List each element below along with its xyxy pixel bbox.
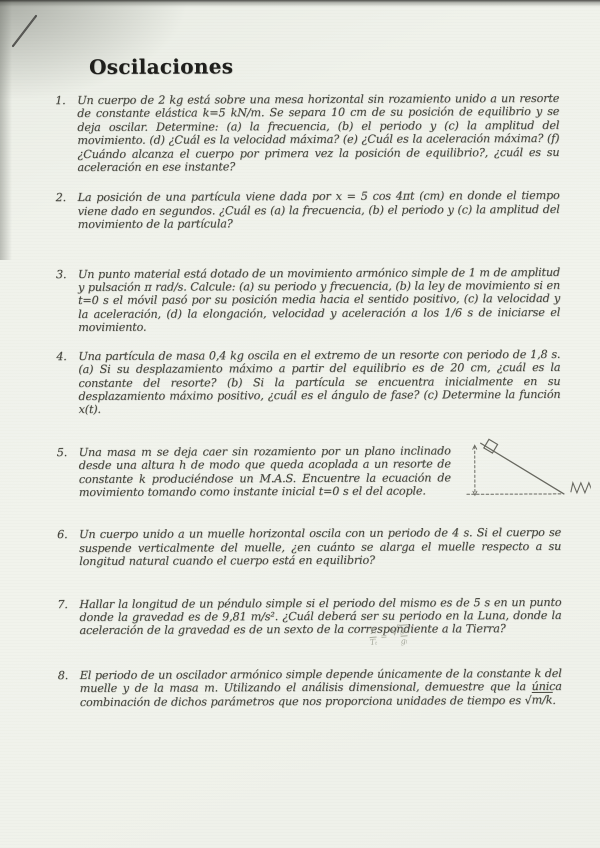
problem-4-text: Una partícula de masa 0,4 kg oscila en e… (78, 348, 560, 417)
radical-sign: √ (525, 694, 532, 707)
hand-rhs-denominator: gₗ (400, 637, 407, 645)
problem-1: 1. Un cuerpo de 2 kg está sobre una mesa… (55, 92, 559, 175)
hand-equals: = (380, 632, 387, 640)
problem-4: 4. Una partícula de masa 0,4 kg oscila e… (56, 348, 560, 417)
problem-2-number: 2. (56, 191, 78, 205)
problem-1-text: Un cuerpo de 2 kg está sobre una mesa ho… (77, 92, 559, 175)
problem-8-number: 8. (58, 669, 80, 683)
page-title: Oscilaciones (89, 53, 559, 79)
hand-rhs-numerator: gₜ (400, 626, 407, 634)
problem-8-text: El periodo de un oscilador armónico simp… (80, 667, 562, 709)
inclined-plane-spring-diagram (459, 435, 591, 504)
problem-5: 5. Una masa m se deja caer sin rozamient… (57, 444, 561, 500)
problem-3: 3. Un punto material está dotado de un m… (56, 266, 560, 335)
problem-7: 7. Hallar la longitud de un péndulo simp… (57, 595, 561, 637)
problem-7-text: Hallar la longitud de un péndulo simple … (79, 595, 561, 637)
handwritten-pencil-formula: Tₗ Tₜ = √ gₜ gₗ (369, 624, 409, 648)
problem-2: 2. La posición de una partícula viene da… (56, 189, 560, 231)
problem-5-text: Una masa m se deja caer sin rozamiento p… (79, 444, 451, 499)
hand-lhs-numerator: Tₗ (369, 627, 377, 635)
problem-2-text: La posición de una partícula viene dada … (78, 189, 560, 231)
problem-3-text: Un punto material está dotado de un movi… (78, 266, 560, 335)
document-body: Oscilaciones 1. Un cuerpo de 2 kg está s… (55, 0, 562, 709)
problem-1-number: 1. (55, 94, 77, 108)
sqrt-m-over-k-formula: √m/k (525, 692, 553, 707)
problem-7-number: 7. (57, 598, 79, 612)
scan-left-edge-shadow (0, 0, 12, 260)
problem-8-text-after: . (552, 694, 555, 707)
problem-8: 8. El periodo de un oscilador armónico s… (58, 667, 562, 709)
problem-6: 6. Un cuerpo unido a un muelle horizonta… (57, 526, 561, 568)
problem-3-number: 3. (56, 268, 78, 282)
problem-4-number: 4. (56, 350, 78, 364)
problem-5-number: 5. (57, 446, 79, 460)
scanned-page: Oscilaciones 1. Un cuerpo de 2 kg está s… (0, 0, 600, 848)
problem-6-text: Un cuerpo unido a un muelle horizontal o… (79, 526, 561, 568)
hand-lhs-denominator: Tₜ (370, 638, 378, 646)
problem-6-number: 6. (57, 528, 79, 542)
radical-body: m/k (532, 692, 553, 707)
problem-8-text-before: El periodo de un oscilador armónico simp… (80, 667, 562, 709)
pen-stroke-mark-icon (6, 8, 46, 54)
